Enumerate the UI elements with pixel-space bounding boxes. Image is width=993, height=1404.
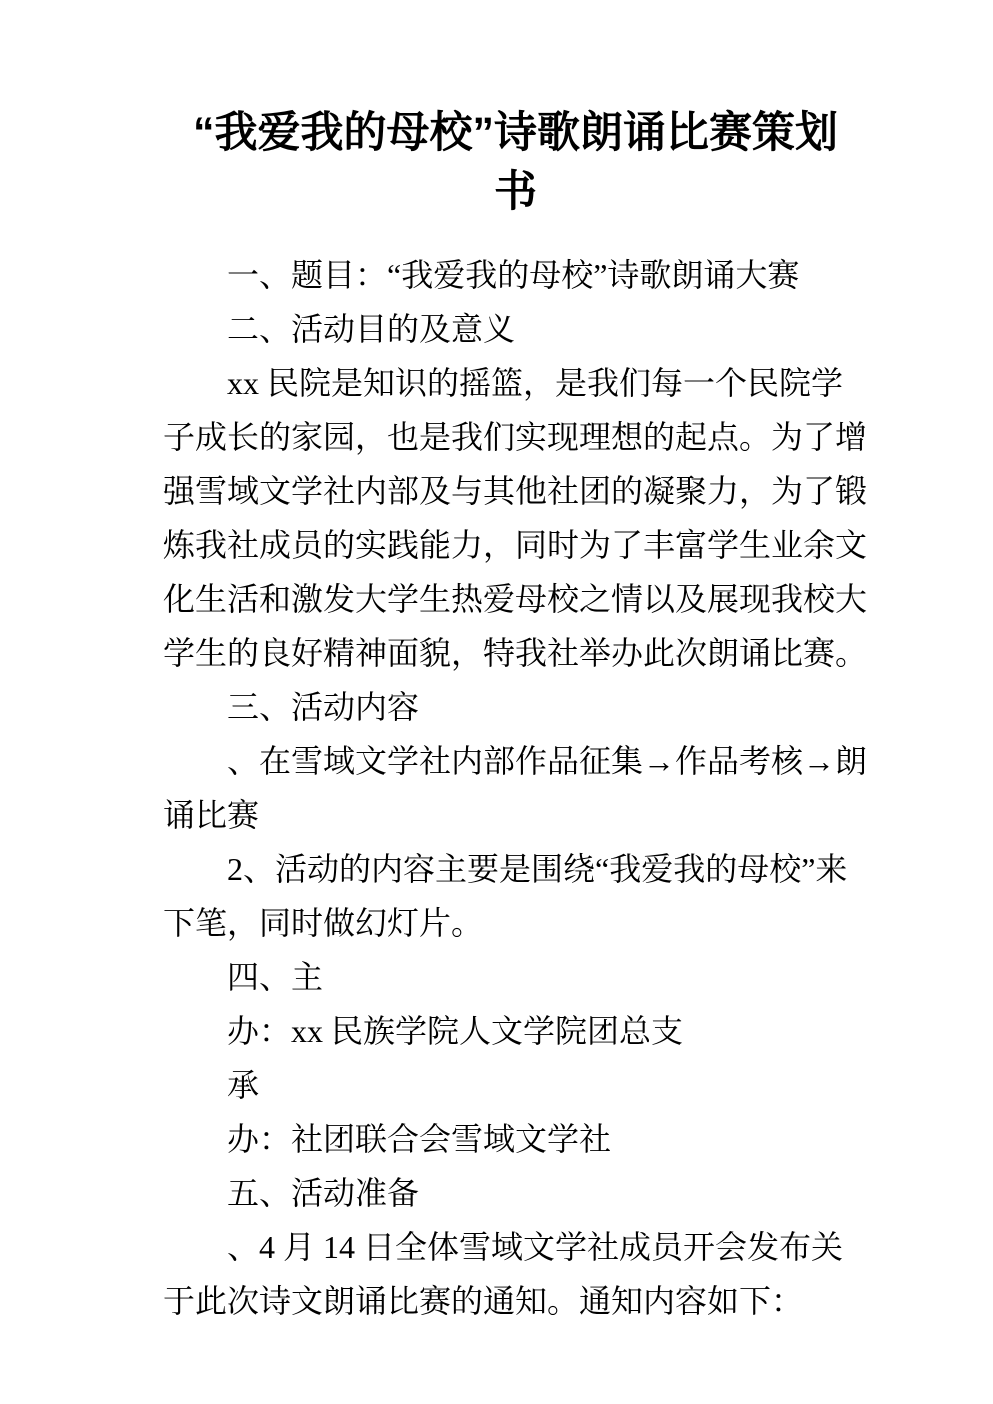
- document-title: “我爱我的母校”诗歌朗诵比赛策划书: [185, 104, 847, 222]
- paragraph: 办：社团联合会雪域文学社: [163, 1112, 868, 1166]
- document-page: “我爱我的母校”诗歌朗诵比赛策划书 一、题目：“我爱我的母校”诗歌朗诵大赛二、活…: [0, 0, 993, 1404]
- paragraph: 2、活动的内容主要是围绕“我爱我的母校”来下笔，同时做幻灯片。: [163, 842, 868, 950]
- paragraph: xx 民院是知识的摇篮，是我们每一个民院学子成长的家园，也是我们实现理想的起点。…: [163, 356, 868, 680]
- document-body: 一、题目：“我爱我的母校”诗歌朗诵大赛二、活动目的及意义xx 民院是知识的摇篮，…: [163, 248, 868, 1328]
- paragraph: 承: [163, 1058, 868, 1112]
- paragraph: 、4 月 14 日全体雪域文学社成员开会发布关于此次诗文朗诵比赛的通知。通知内容…: [163, 1220, 868, 1328]
- paragraph: 办：xx 民族学院人文学院团总支: [163, 1004, 868, 1058]
- paragraph: 、在雪域文学社内部作品征集→作品考核→朗诵比赛: [163, 734, 868, 842]
- paragraph: 二、活动目的及意义: [163, 302, 868, 356]
- paragraph: 五、活动准备: [163, 1166, 868, 1220]
- paragraph: 一、题目：“我爱我的母校”诗歌朗诵大赛: [163, 248, 868, 302]
- paragraph: 四、主: [163, 950, 868, 1004]
- paragraph: 三、活动内容: [163, 680, 868, 734]
